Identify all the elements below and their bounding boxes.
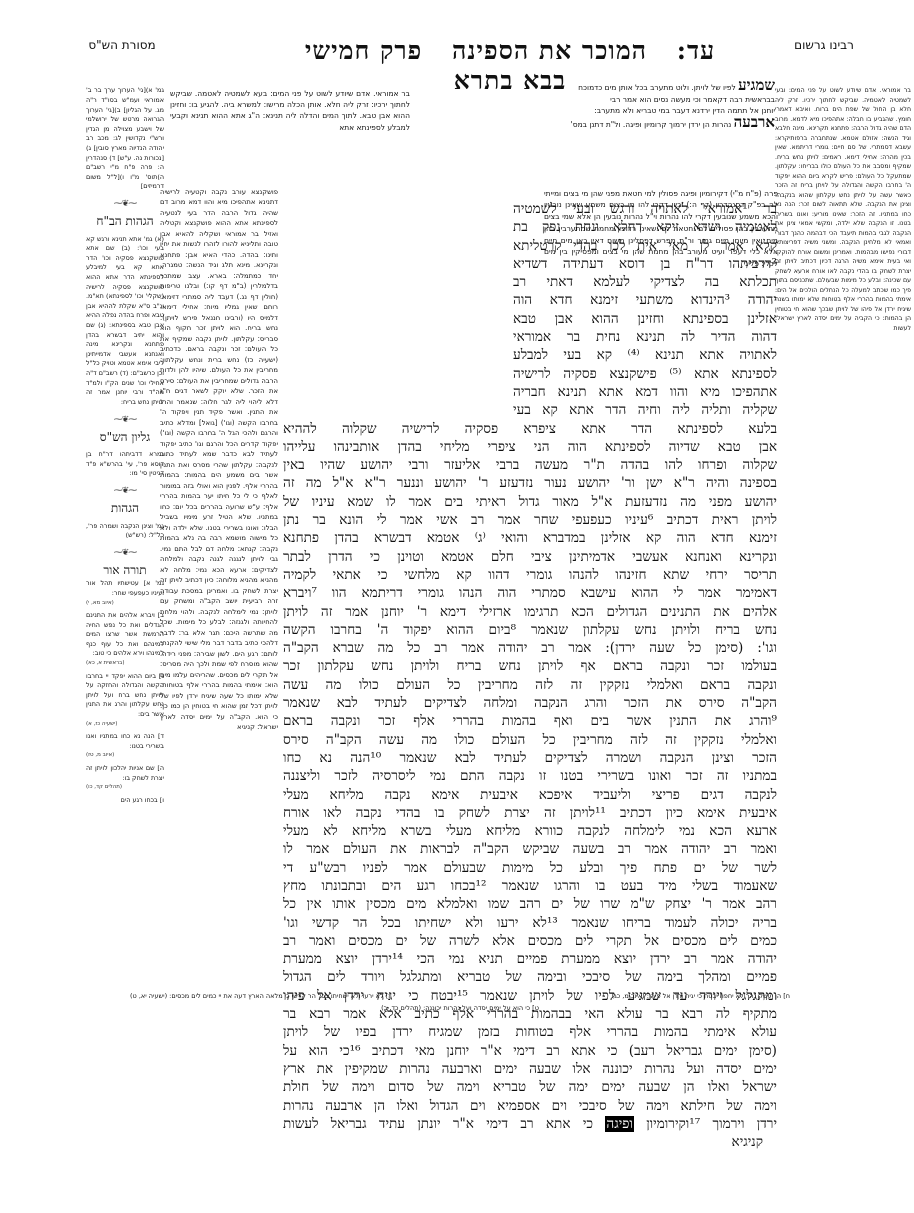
gemara-line: ואלמלי נזקקין זה לזה מחריבין כל העולם כו… xyxy=(283,731,777,749)
gemara-line: בספינה והיה ר"א ישן ור' יהושע נעור נזדעז… xyxy=(283,474,777,492)
gemara-line: וימה של חילתא וימה של סיבכי וים אספמיא ו… xyxy=(283,1097,777,1115)
gemara-line: דהוה הדיר לה תנינא נחית בר אמוראי xyxy=(513,328,777,346)
gemara-line: לאתויה אתא תנינא ⁽⁴⁾ קא בעי למבלע xyxy=(513,346,777,364)
right-margin-rabbeinu-gershom: בר אמוראי. אדם שיודע לשוט על פני המים: ו… xyxy=(775,80,911,560)
gemara-line: בר ¹אמוראי לאתויה ורגש ובעי לשמטיה xyxy=(513,200,777,218)
gemara-line: שקלוה ופרחו להו בהדה ת"ר מעשה ברבי אליעז… xyxy=(283,456,777,474)
hagahot-title: הגהות xyxy=(86,501,164,515)
gemara-line: יהודה אמר רב ירדן יוצא ממערת פמיים תניא … xyxy=(283,950,777,968)
verse-text: ג] ביום ההוא יפקד יי בחרבו הקשה והגדולה … xyxy=(86,672,164,718)
gemara-line: יהושע מפני מה נזדעזעת א"ל מאור גדול ראית… xyxy=(283,493,777,511)
gemara-line: בלעא לספינתא הדר אתא ציפרא פסקיה לרישיה … xyxy=(283,420,777,438)
rashbam-side-text: פושקנצא עורב נקבה וקטעיה לרישיה דתנינא א… xyxy=(160,187,278,733)
footnote: ט] כי הוא על ימים יסדה ועל נהרות יכוננה:… xyxy=(130,1002,790,1014)
verse-reference: (איוב מ, טז) xyxy=(86,751,164,761)
gemara-line: שאעמוד בשלי מיד בעט בו והרגו שנאמר ¹²בכח… xyxy=(283,877,777,895)
rashbam-side-column: פושקנצא עורב נקבה וקטעיה לרישיה דתנינא א… xyxy=(160,180,278,980)
hagahot-bach-text: (א) גמ' אתא תנינא ורגש קא בעי וכו': (ב) … xyxy=(86,235,164,408)
ornament-divider: ⁓❦⁓ xyxy=(86,414,164,426)
gemara-line: עולא אימתי בהמות בהררי אלף בטוחות בזמן ש… xyxy=(283,1023,777,1041)
gemara-final-line: קניגיא xyxy=(283,1133,777,1151)
chapter-title: המוכר את הספינה xyxy=(452,36,647,65)
gemara-line: נחש בריח ולויתן נחש עקלתון שנאמר ⁸ביום ה… xyxy=(283,621,777,639)
torah-or-verse: גמ' א] עטישתיו תהל אור ועיניו כעפעפי שחר… xyxy=(86,579,164,608)
verse-text: גמ' א] עטישתיו תהל אור ועיניו כעפעפי שחר… xyxy=(86,579,164,597)
gemara-line: הזכר וצינן הנקבה ושמרה לצדיקים לעתיד לבא… xyxy=(283,749,777,767)
gemara-line: וגו': (סימן כל שעה ירדן): אמר רב יהודה א… xyxy=(283,639,777,657)
left-label: מסורת הש"ס xyxy=(82,38,162,53)
gemara-line: אבן טבא שדיוה לספינתא הוה הני ציפרי מליח… xyxy=(283,438,777,456)
right-label: רבינו גרשום xyxy=(784,38,864,53)
verse-text: ד] הנה נא כחו במתניו ואנו בשרירי בטנו: xyxy=(86,732,164,750)
rabbeinu-gershom-header: רבינו גרשום xyxy=(784,38,864,53)
gemara-line: ישראל ואלו הן שבעה ימים ימה של טבריא וימ… xyxy=(283,1078,777,1096)
verse-text: ב] ויברא אלהים את התנינם הגדלים ואת כל נ… xyxy=(86,611,164,657)
gemara-line-highlight: ירדן וירמוך ¹⁷וקירומיון ופיגה כי אתא רב … xyxy=(283,1115,777,1133)
gemara-line: לספינתא אתא ⁽⁵⁾ פישקנצא פסקיה לרישיה xyxy=(513,365,777,383)
footnotes-row-1: ח] הן יעשק נהר לא יחפוז יבטח כי יגיח ירד… xyxy=(130,990,790,1002)
left-margin: גמ' א)[גי' הערוך ערך בר ב' אמוראי ועמ"ש … xyxy=(86,80,164,808)
gemara-line: לויתן ראית דכתיב ⁶עיניו כעפעפי שחר אמר ר… xyxy=(283,511,777,529)
verse-reference: (איוב מא, י) xyxy=(86,599,164,609)
tosafot-line: בבראשית רבה דקאמר וכי מעשה נסים הוא אמר … xyxy=(410,94,775,106)
page-number: עד: xyxy=(677,36,715,65)
gemara-line: הקב"ה סירס את הזכר והרג הנקבה ומלחה לצדי… xyxy=(283,694,777,712)
gemara-line: שקליה ותליה ליה וחיה הדר אתא קא בעי xyxy=(513,401,777,419)
gemara-line: לנקבה דגים פריצי וליעביד איפכא איבעית אי… xyxy=(283,786,777,804)
gemara-line: בעולמו זכר ונקבה בראם אף לויתן נחש בריח … xyxy=(283,657,777,675)
ornament-divider: ⁓❦⁓ xyxy=(86,198,164,210)
gilyon-hashas-text: גמרא דדביתהו דר"ח בן דוסא פר', עי' בהרש"… xyxy=(86,450,164,479)
gemara-line: ימים יסדה ועל נהרות יכוננה אלו שבעה ימים… xyxy=(283,1060,777,1078)
torah-or-title: תורה אור xyxy=(86,563,164,577)
gemara-line: לאטמיה ושדא זיקא דחלא ונחת נפק בת xyxy=(513,218,777,236)
tosafot-line: נהרות הן ירדן ירמוך קרומיון ופיגה. ול"ת … xyxy=(571,120,732,129)
torah-or-verse: ד] הנה נא כחו במתניו ואנו בשרירי בטנו:(א… xyxy=(86,732,164,761)
gemara-line: בריה יכולה לעמוד בריחו שנאמר ¹³לא ירעו ו… xyxy=(283,914,777,932)
verse-reference: (ישעיה כז, א) xyxy=(86,720,164,730)
hagahot-text: גמ' וצינן הנקבה ושמרה פר', כל"ל: (רש"ש) xyxy=(86,522,164,541)
gemara-line: ארעא הכא נמי לימלחה לנקבה כוורא מליחא מע… xyxy=(283,822,777,840)
masoret-notes: גמ' א)[גי' הערוך ערך בר ב' אמוראי ועמ"ש … xyxy=(86,86,164,192)
gemara-line: קלא אמר לן מאי אית לכו בהדי קרטליתא xyxy=(513,237,777,255)
footnote: ז] לא ירעו ולא ישחיתו בכל הר קדשי כי מלא… xyxy=(130,990,391,1002)
rabbeinu-gershom-text: בר אמוראי. אדם שיודע לשוט על פני המים: ו… xyxy=(775,86,911,333)
ornament-divider: ⁓❦⁓ xyxy=(86,485,164,497)
gemara-line: לשר של ים פתח פיך ובלע כל מימות שבעולם א… xyxy=(283,859,777,877)
gemara-line: אתהפיכו מיא והוו דמא אתא תנינא חבריה xyxy=(513,383,777,401)
gemara-line: ואמר רב יהודה אמר רב בשעה שביקש הקב"ה לב… xyxy=(283,840,777,858)
gemara-fragment: ירדן וירמוך ¹⁷וקירומיון xyxy=(646,1116,777,1132)
ornament-divider: ⁓❦⁓ xyxy=(86,547,164,559)
gilyon-hashas-title: גליון הש"ס xyxy=(86,430,164,444)
gemara-line: דאמימר אמר לי ההוא עישבא סמתרי הוה הנהו … xyxy=(283,584,777,602)
gemara-line: זימנא חדא הוה קא אזלינן במדברא והואי ⁽ג⁾… xyxy=(283,529,777,547)
tosafot-line: יוחנן אל תתמה הדין ירדנא דעבר במי טבריא … xyxy=(410,105,775,117)
tosafot-upper-block: שמגיע לפיו של לויתן. ולוט מתערב בכל אותן… xyxy=(410,80,775,130)
rashbam-upper-block: בר אמוראי. אדם שיודע לשוט על פני המים: ב… xyxy=(170,80,410,141)
gemara-line: ²דדביתהו דר"ח בן דוסא דעתידה דשדיא xyxy=(513,255,777,273)
gemara-line: כמים לים מכסים אל תקרי לים מכסים אלא לשר… xyxy=(283,932,777,950)
torah-or-verse: ב] ויברא אלהים את התנינם הגדלים ואת כל נ… xyxy=(86,611,164,669)
highlighted-word[interactable]: ופיגה xyxy=(605,1116,633,1132)
gemara-line: אזלינן בספינתא וחזינן ההוא אבן טבא xyxy=(513,310,777,328)
gemara-line: יהודה ³הינדוא משתעי זימנא חדא הוה xyxy=(513,291,777,309)
gemara-fragment: כי אתא רב דימי א"ר יונתן עתיד גבריאל לעש… xyxy=(283,1116,593,1132)
chapter-number: פרק חמישי xyxy=(305,36,422,65)
gemara-line: תריסר ירחי שתא חזינהו להנהו גומרי דהוו ק… xyxy=(283,566,777,584)
gemara-line: תכלתא בה לצדיקי לעלמא דאתי רב xyxy=(513,273,777,291)
torah-or-verse: ג] ביום ההוא יפקד יי בחרבו הקשה והגדולה … xyxy=(86,672,164,730)
gemara-line: במתניו זה זכר ואונו בשרירי בטנו זו נקבה … xyxy=(283,767,777,785)
verse-reference: (בראשית א, כא) xyxy=(86,659,164,669)
masoret-hashas-header: מסורת הש"ס xyxy=(82,38,162,53)
gemara-line: פמיים ומהלך בימה של סיבכי ובימה של טבריא… xyxy=(283,968,777,986)
verse-reference: (תהלים קד, כו) xyxy=(86,783,164,793)
verse-text: ו] בכחו רגע הים xyxy=(121,796,164,804)
torah-or-list: גמ' א] עטישתיו תהל אור ועיניו כעפעפי שחר… xyxy=(86,579,164,805)
gemara-line: רהב אמר ר' יצחק ש"מ שרו של ים רהב שמו וא… xyxy=(283,895,777,913)
gemara-line: ⁹והרג את התנין אשר בים ואף בהמות בהררי א… xyxy=(283,712,777,730)
footnotes: ח] הן יעשק נהר לא יחפוז יבטח כי יגיח ירד… xyxy=(130,990,790,1014)
dibbur-hamatchil: שמגיע xyxy=(738,76,775,94)
verse-text: ה] שם אניות יהלכון לויתן זה יצרת לשחק בו… xyxy=(86,764,164,782)
gemara-line: ונקרינא ואנחנא אעשבי אדמיתינן ציבי חלם א… xyxy=(283,548,777,566)
gemara-line: איבעית אימא כיון דכתיב ¹¹לויתן זה יצרת ל… xyxy=(283,804,777,822)
gemara-line: אלהים את התנינים הגדולים הכא תרגימו ארזי… xyxy=(283,603,777,621)
footnote: ח] הן יעשק נהר לא יחפוז יבטח כי יגיח ירד… xyxy=(612,990,790,1002)
gemara-lines: בר ¹אמוראי לאתויה ורגש ובעי לשמטיהלאטמיה… xyxy=(283,200,777,1115)
dibbur-hamatchil: ארבעה xyxy=(734,113,775,131)
torah-or-verse: ה] שם אניות יהלכון לויתן זה יצרת לשחק בו… xyxy=(86,764,164,793)
rashbam-text: בר אמוראי. אדם שיודע לשוט על פני המים: ב… xyxy=(170,88,410,134)
torah-or-verse: ו] בכחו רגע הים xyxy=(86,796,164,806)
hagahot-bach-title: הגהות הב"ח xyxy=(86,214,164,228)
gemara-line: (סימן ימים גבריאל רעב) כי אתא רב דימי א"… xyxy=(283,1042,777,1060)
gemara-line: ונקבה בראם ואלמלי נזקקין זה לזה מחריבין … xyxy=(283,676,777,694)
tosafot-line: לפיו של לויתן. ולוט מתערב בכל אותן מים כ… xyxy=(578,83,736,92)
